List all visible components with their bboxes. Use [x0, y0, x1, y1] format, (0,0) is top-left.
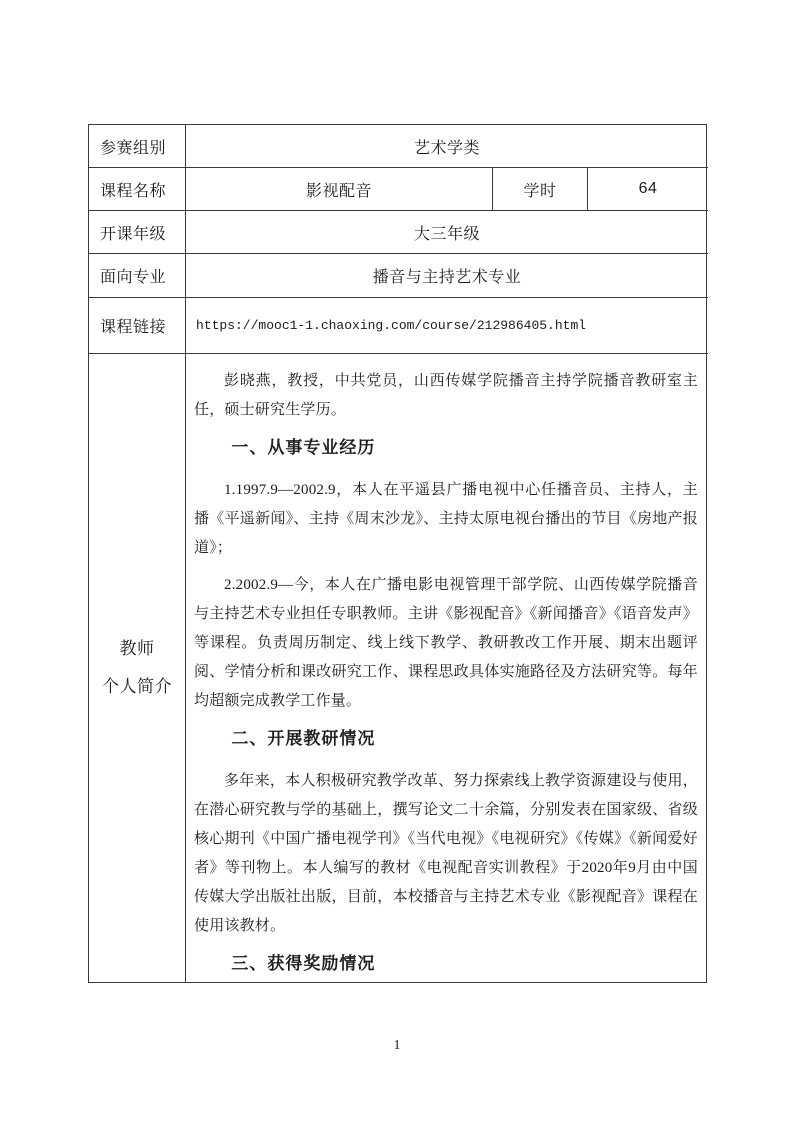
row-hours-label: 学时 — [493, 168, 588, 211]
row-course-label: 课程名称 — [89, 168, 186, 211]
bio-section3-heading: 三、获得奖励情况 — [194, 949, 698, 978]
row-grade-label: 开课年级 — [89, 211, 186, 254]
course-link-url: https://mooc1-1.chaoxing.com/course/2129… — [186, 298, 708, 354]
row-grade-value: 大三年级 — [186, 211, 708, 254]
bio-section2-paragraph1: 多年来，本人积极研究教学改革、努力探索线上教学资源建设与使用，在潜心研究教与学的… — [194, 767, 698, 941]
row-major-value: 播音与主持艺术专业 — [186, 254, 708, 298]
course-entry-form-table: 参赛组别 艺术学类 课程名称 影视配音 学时 64 开课年级 大三年级 面向专业… — [88, 124, 707, 983]
bio-label-line1: 教师 — [120, 630, 155, 668]
bio-intro-paragraph: 彭晓燕，教授，中共党员，山西传媒学院播音主持学院播音教研室主任，硕士研究生学历。 — [194, 367, 698, 425]
row-group-label: 参赛组别 — [89, 125, 186, 168]
bio-content: 彭晓燕，教授，中共党员，山西传媒学院播音主持学院播音教研室主任，硕士研究生学历。… — [186, 354, 708, 982]
bio-section2-heading: 二、开展教研情况 — [194, 724, 698, 753]
bio-row-label: 教师 个人简介 — [89, 354, 186, 982]
row-course-value: 影视配音 — [186, 168, 493, 211]
row-hours-value: 64 — [588, 168, 708, 211]
bio-label-line2: 个人简介 — [102, 668, 172, 706]
page-number: 1 — [0, 1038, 794, 1054]
bio-section1-heading: 一、从事专业经历 — [194, 433, 698, 462]
row-link-label: 课程链接 — [89, 298, 186, 354]
bio-section1-paragraph2: 2.2002.9—今，本人在广播电影电视管理干部学院、山西传媒学院播音与主持艺术… — [194, 571, 698, 716]
row-major-label: 面向专业 — [89, 254, 186, 298]
row-group-value: 艺术学类 — [186, 125, 708, 168]
bio-section1-paragraph1: 1.1997.9—2002.9，本人在平遥县广播电视中心任播音员、主持人，主播《… — [194, 476, 698, 563]
